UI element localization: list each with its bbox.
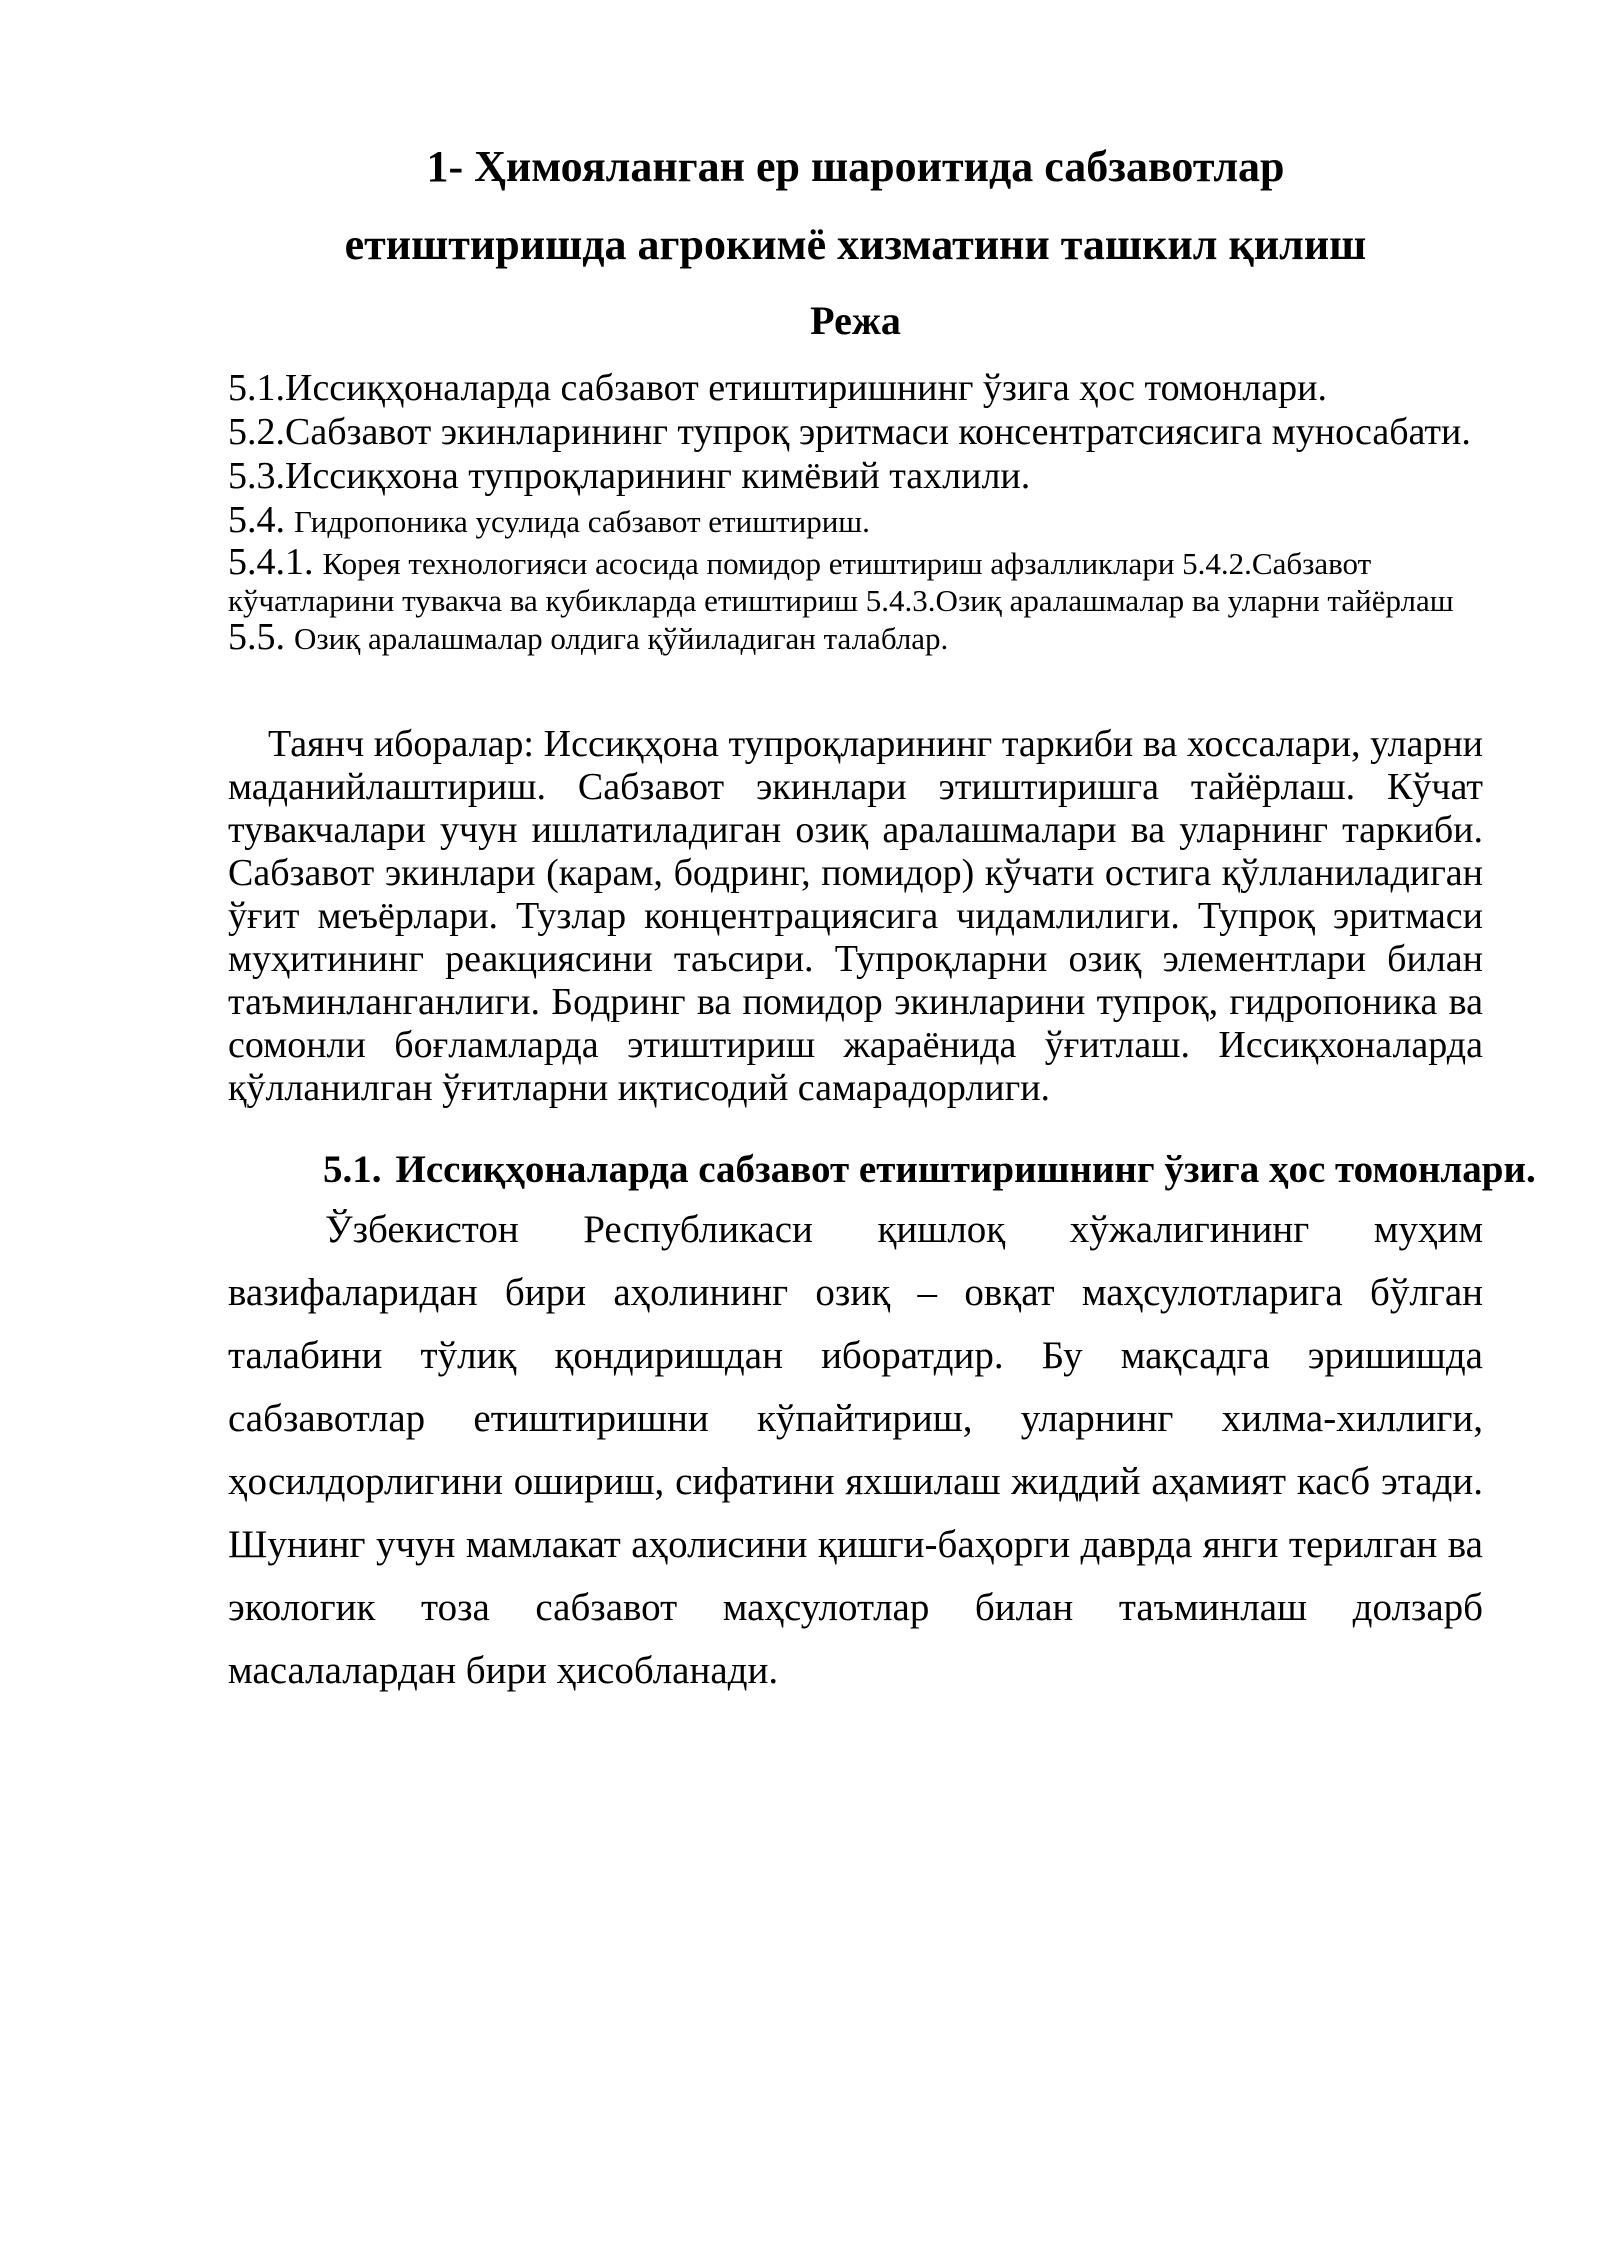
plan-item-text: Иссиқҳоналарда сабзавот етиштиришнинг ўз… [285,367,1327,409]
plan-item: 5.2.Сабзавот экинларининг тупроқ эритмас… [228,410,1483,454]
plan-item-number: 5.2. [228,411,285,453]
plan-item: 5.1.Иссиқҳоналарда сабзавот етиштиришнин… [228,366,1483,410]
plan-item-number: 5.5. [228,616,285,658]
plan-item-number: 5.3. [228,455,285,497]
plan-item-text: Сабзавот экинларининг тупроқ эритмаси ко… [285,411,1471,453]
section-title: Иссиқҳоналарда сабзавот етиштиришнинг ўз… [396,1148,1536,1191]
plan-item: 5.4.Гидропоника усулида сабзавот етиштир… [228,498,1483,544]
plan-item-text: Иссиқхона тупроқларининг кимёвий тахлили… [285,455,1030,497]
title-line-1: 1- Ҳимояланган ер шароитида сабзавотлар [228,128,1483,206]
plan-item-number: 5.4.1. [228,541,314,583]
plan-item: 5.5.Озиқ аралашмалар олдига қўйиладиган … [228,619,1483,657]
document-title: 1- Ҳимояланган ер шароитида сабзавотлар … [228,128,1483,284]
plan-item-text: Корея технологияси асосида помидор етишт… [228,546,1454,618]
plan-item: 5.3.Иссиқхона тупроқларининг кимёвий тах… [228,454,1483,498]
plan-heading: Режа [228,298,1483,344]
section-number: 5.1. [323,1148,382,1191]
plan-item-text: Гидропоника усулида сабзавот етиштириш. [294,504,870,539]
document-page: 1- Ҳимояланган ер шароитида сабзавотлар … [0,0,1600,2262]
section-paragraph: Ўзбекистон Республикаси қишлоқ хўжалигин… [228,1198,1483,1702]
plan-list: 5.1.Иссиқҳоналарда сабзавот етиштиришнин… [228,366,1483,657]
plan-item-text: Озиқ аралашмалар олдига қўйиладиган тала… [294,621,948,656]
plan-item-number: 5.4. [228,499,285,541]
plan-item: 5.4.1.Корея технологияси асосида помидор… [228,544,1483,619]
keywords-paragraph: Таянч иборалар: Иссиқҳона тупроқларининг… [228,723,1483,1110]
plan-item-number: 5.1. [228,367,285,409]
title-line-2: етиштиришда агрокимё хизматини ташкил қи… [228,206,1483,284]
section-heading: 5.1.Иссиқҳоналарда сабзавот етиштиришнин… [228,1148,1483,1192]
